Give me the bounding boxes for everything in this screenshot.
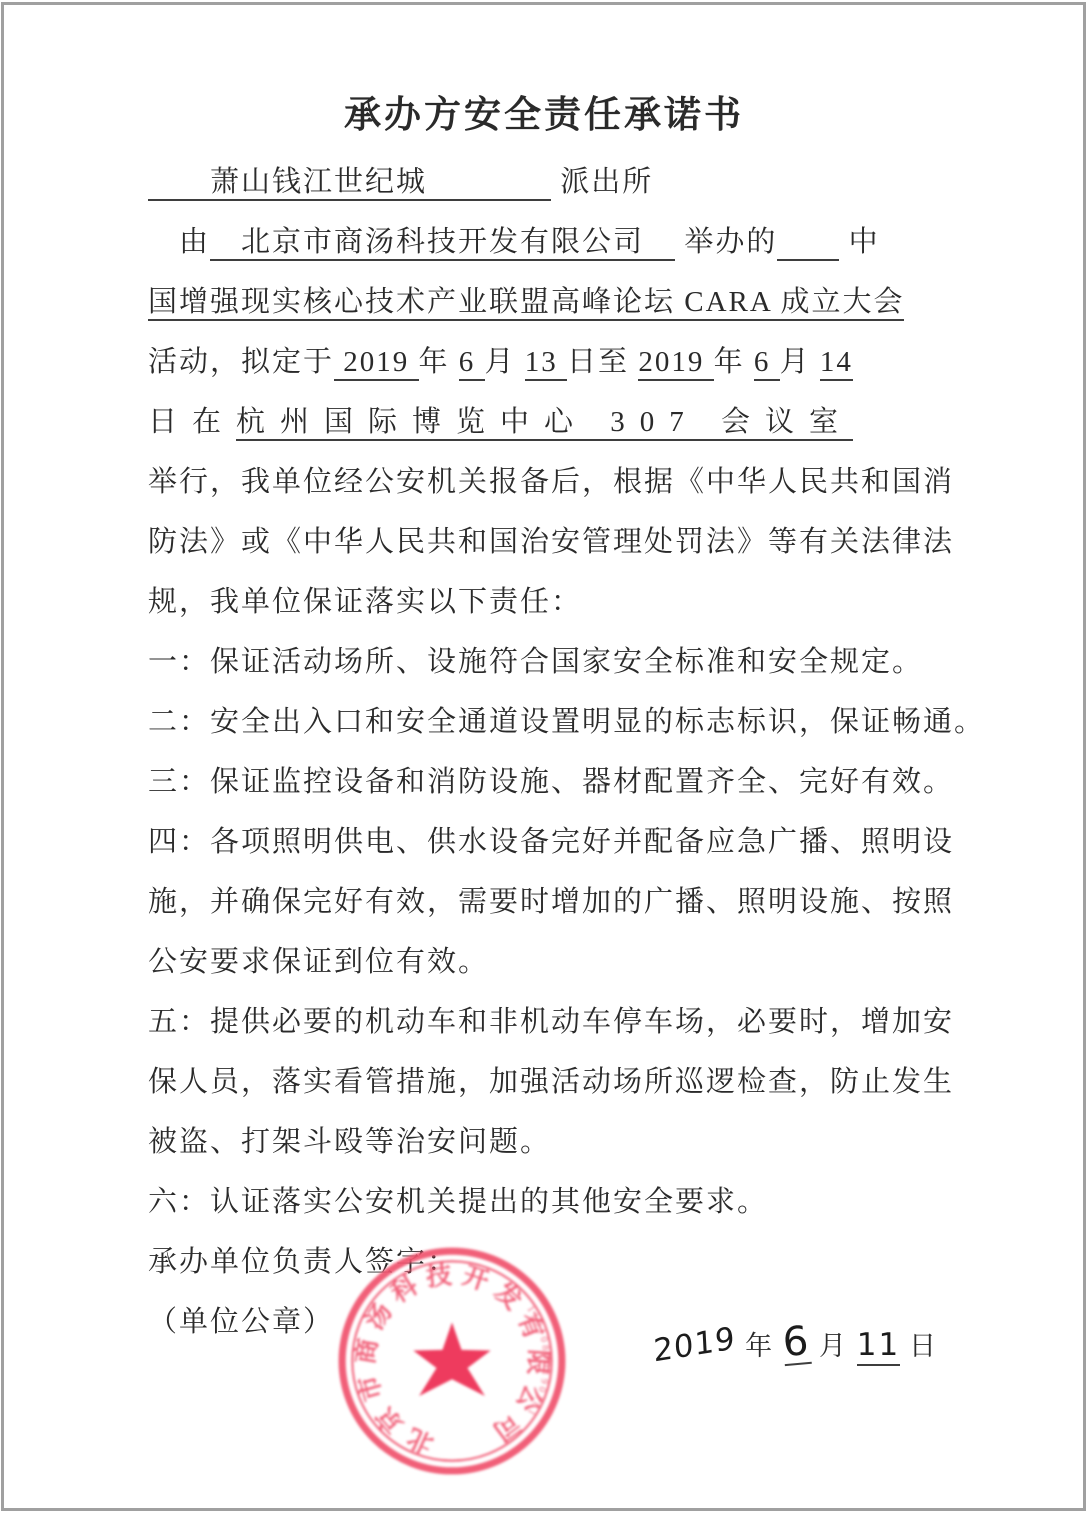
text-line: 由 北京市商汤科技开发有限公司 举办的 中 (148, 212, 960, 272)
text-segment: 年 (714, 346, 754, 378)
underlined-text (644, 226, 675, 261)
text-segment: 日至 (567, 346, 638, 378)
text-segment: 公安要求保证到位有效。 (148, 946, 489, 978)
text-segment: 活动，拟定于 (148, 346, 334, 378)
text-line: 施，并确保完好有效，需要时增加的广播、照明设施、按照 (148, 872, 960, 932)
text-line: 六：认证落实公安机关提出的其他安全要求。 (148, 1172, 960, 1232)
underlined-text: 北京市商汤科技开发有限公司 (241, 226, 644, 261)
text-line: 防法》或《中华人民共和国治安管理处罚法》等有关法律法 (148, 512, 960, 572)
text-line: 被盗、打架斗殴等治安问题。 (148, 1112, 960, 1172)
text-segment: 派出所 (551, 166, 653, 198)
handwritten-day: 11 (857, 1327, 900, 1366)
text-line: 四：各项照明供电、供水设备完好并配备应急广播、照明设 (148, 812, 960, 872)
text-segment: 月 (780, 346, 820, 378)
text-line: 国增强现实核心技术产业联盟高峰论坛 CARA 成立大会 (148, 272, 960, 332)
underlined-text (148, 166, 210, 201)
text-segment: 年 (419, 346, 459, 378)
text-segment: 中 (839, 226, 879, 258)
text-line: 五：提供必要的机动车和非机动车停车场，必要时，增加安 (148, 992, 960, 1052)
text-segment: 四：各项照明供电、供水设备完好并配备应急广播、照明设 (148, 826, 954, 858)
underlined-text: 2019 (334, 346, 419, 381)
text-segment: 月 (485, 346, 525, 378)
text-line: 保人员，落实看管措施，加强活动场所巡逻检查，防止发生 (148, 1052, 960, 1112)
text-segment: 五：提供必要的机动车和非机动车停车场，必要时，增加安 (148, 1006, 954, 1038)
text-segment: 日在 (148, 406, 236, 438)
text-segment: 月 (810, 1331, 857, 1361)
text-segment: （单位公章） (148, 1306, 334, 1338)
text-segment: 年 (736, 1331, 783, 1361)
text-segment: 由 (148, 226, 210, 258)
handwritten-year: 2019 (653, 1320, 737, 1369)
text-line: 萧山钱江世纪城 派出所 (148, 152, 960, 212)
underlined-text: 杭州国际博览中心 307 会议室 (236, 406, 853, 441)
underlined-text: 萧山钱江世纪城 (210, 166, 427, 201)
text-segment: 被盗、打架斗殴等治安问题。 (148, 1126, 551, 1158)
text-segment: 举行，我单位经公安机关报备后，根据《中华人民共和国消 (148, 466, 954, 498)
text-segment: 规，我单位保证落实以下责任： (148, 586, 582, 618)
text-segment: 保人员，落实看管措施，加强活动场所巡逻检查，防止发生 (148, 1066, 954, 1098)
underlined-text (210, 226, 241, 261)
text-segment: 举办的 (675, 226, 777, 258)
underlined-text (777, 226, 839, 261)
text-line: 一：保证活动场所、设施符合国家安全标准和安全规定。 (148, 632, 960, 692)
text-line: 三：保证监控设备和消防设施、器材配置齐全、完好有效。 (148, 752, 960, 812)
text-segment: 日 (900, 1331, 938, 1361)
text-line: 公安要求保证到位有效。 (148, 932, 960, 992)
text-segment: 承办单位负责人签字： (148, 1246, 458, 1278)
text-segment: 三：保证监控设备和消防设施、器材配置齐全、完好有效。 (148, 766, 954, 798)
text-segment: 六：认证落实公安机关提出的其他安全要求。 (148, 1186, 768, 1218)
text-segment: 施，并确保完好有效，需要时增加的广播、照明设施、按照 (148, 886, 954, 918)
text-line: 二：安全出入口和安全通道设置明显的标志标识，保证畅通。 (148, 692, 960, 752)
text-segment: 一：保证活动场所、设施符合国家安全标准和安全规定。 (148, 646, 923, 678)
underlined-text: 2019 (638, 346, 713, 381)
text-segment: 二：安全出入口和安全通道设置明显的标志标识，保证畅通。 (148, 706, 985, 738)
underlined-text: 6 (754, 346, 780, 381)
underlined-text: 国增强现实核心技术产业联盟高峰论坛 CARA 成立大会 (148, 286, 904, 321)
underlined-text (427, 166, 551, 201)
document-title: 承办方安全责任承诺书 (0, 84, 1088, 138)
handwritten-month: 6 (781, 1321, 812, 1366)
underlined-text: 13 (525, 346, 567, 381)
text-segment: 防法》或《中华人民共和国治安管理处罚法》等有关法律法 (148, 526, 954, 558)
document-lines: 萧山钱江世纪城 派出所 由 北京市商汤科技开发有限公司 举办的 中国增强现实核心… (0, 152, 1088, 1352)
date-line: 2019 年 6 月 11 日 (653, 1322, 938, 1366)
underlined-text: 14 (820, 346, 853, 381)
text-line: 规，我单位保证落实以下责任： (148, 572, 960, 632)
underlined-text: 6 (459, 346, 485, 381)
text-line: 日在杭州国际博览中心 307 会议室 (148, 392, 960, 452)
text-line: 活动，拟定于 2019 年 6 月 13 日至 2019 年 6 月 14 (148, 332, 960, 392)
text-line: 举行，我单位经公安机关报备后，根据《中华人民共和国消 (148, 452, 960, 512)
text-line: 承办单位负责人签字： (148, 1232, 960, 1292)
